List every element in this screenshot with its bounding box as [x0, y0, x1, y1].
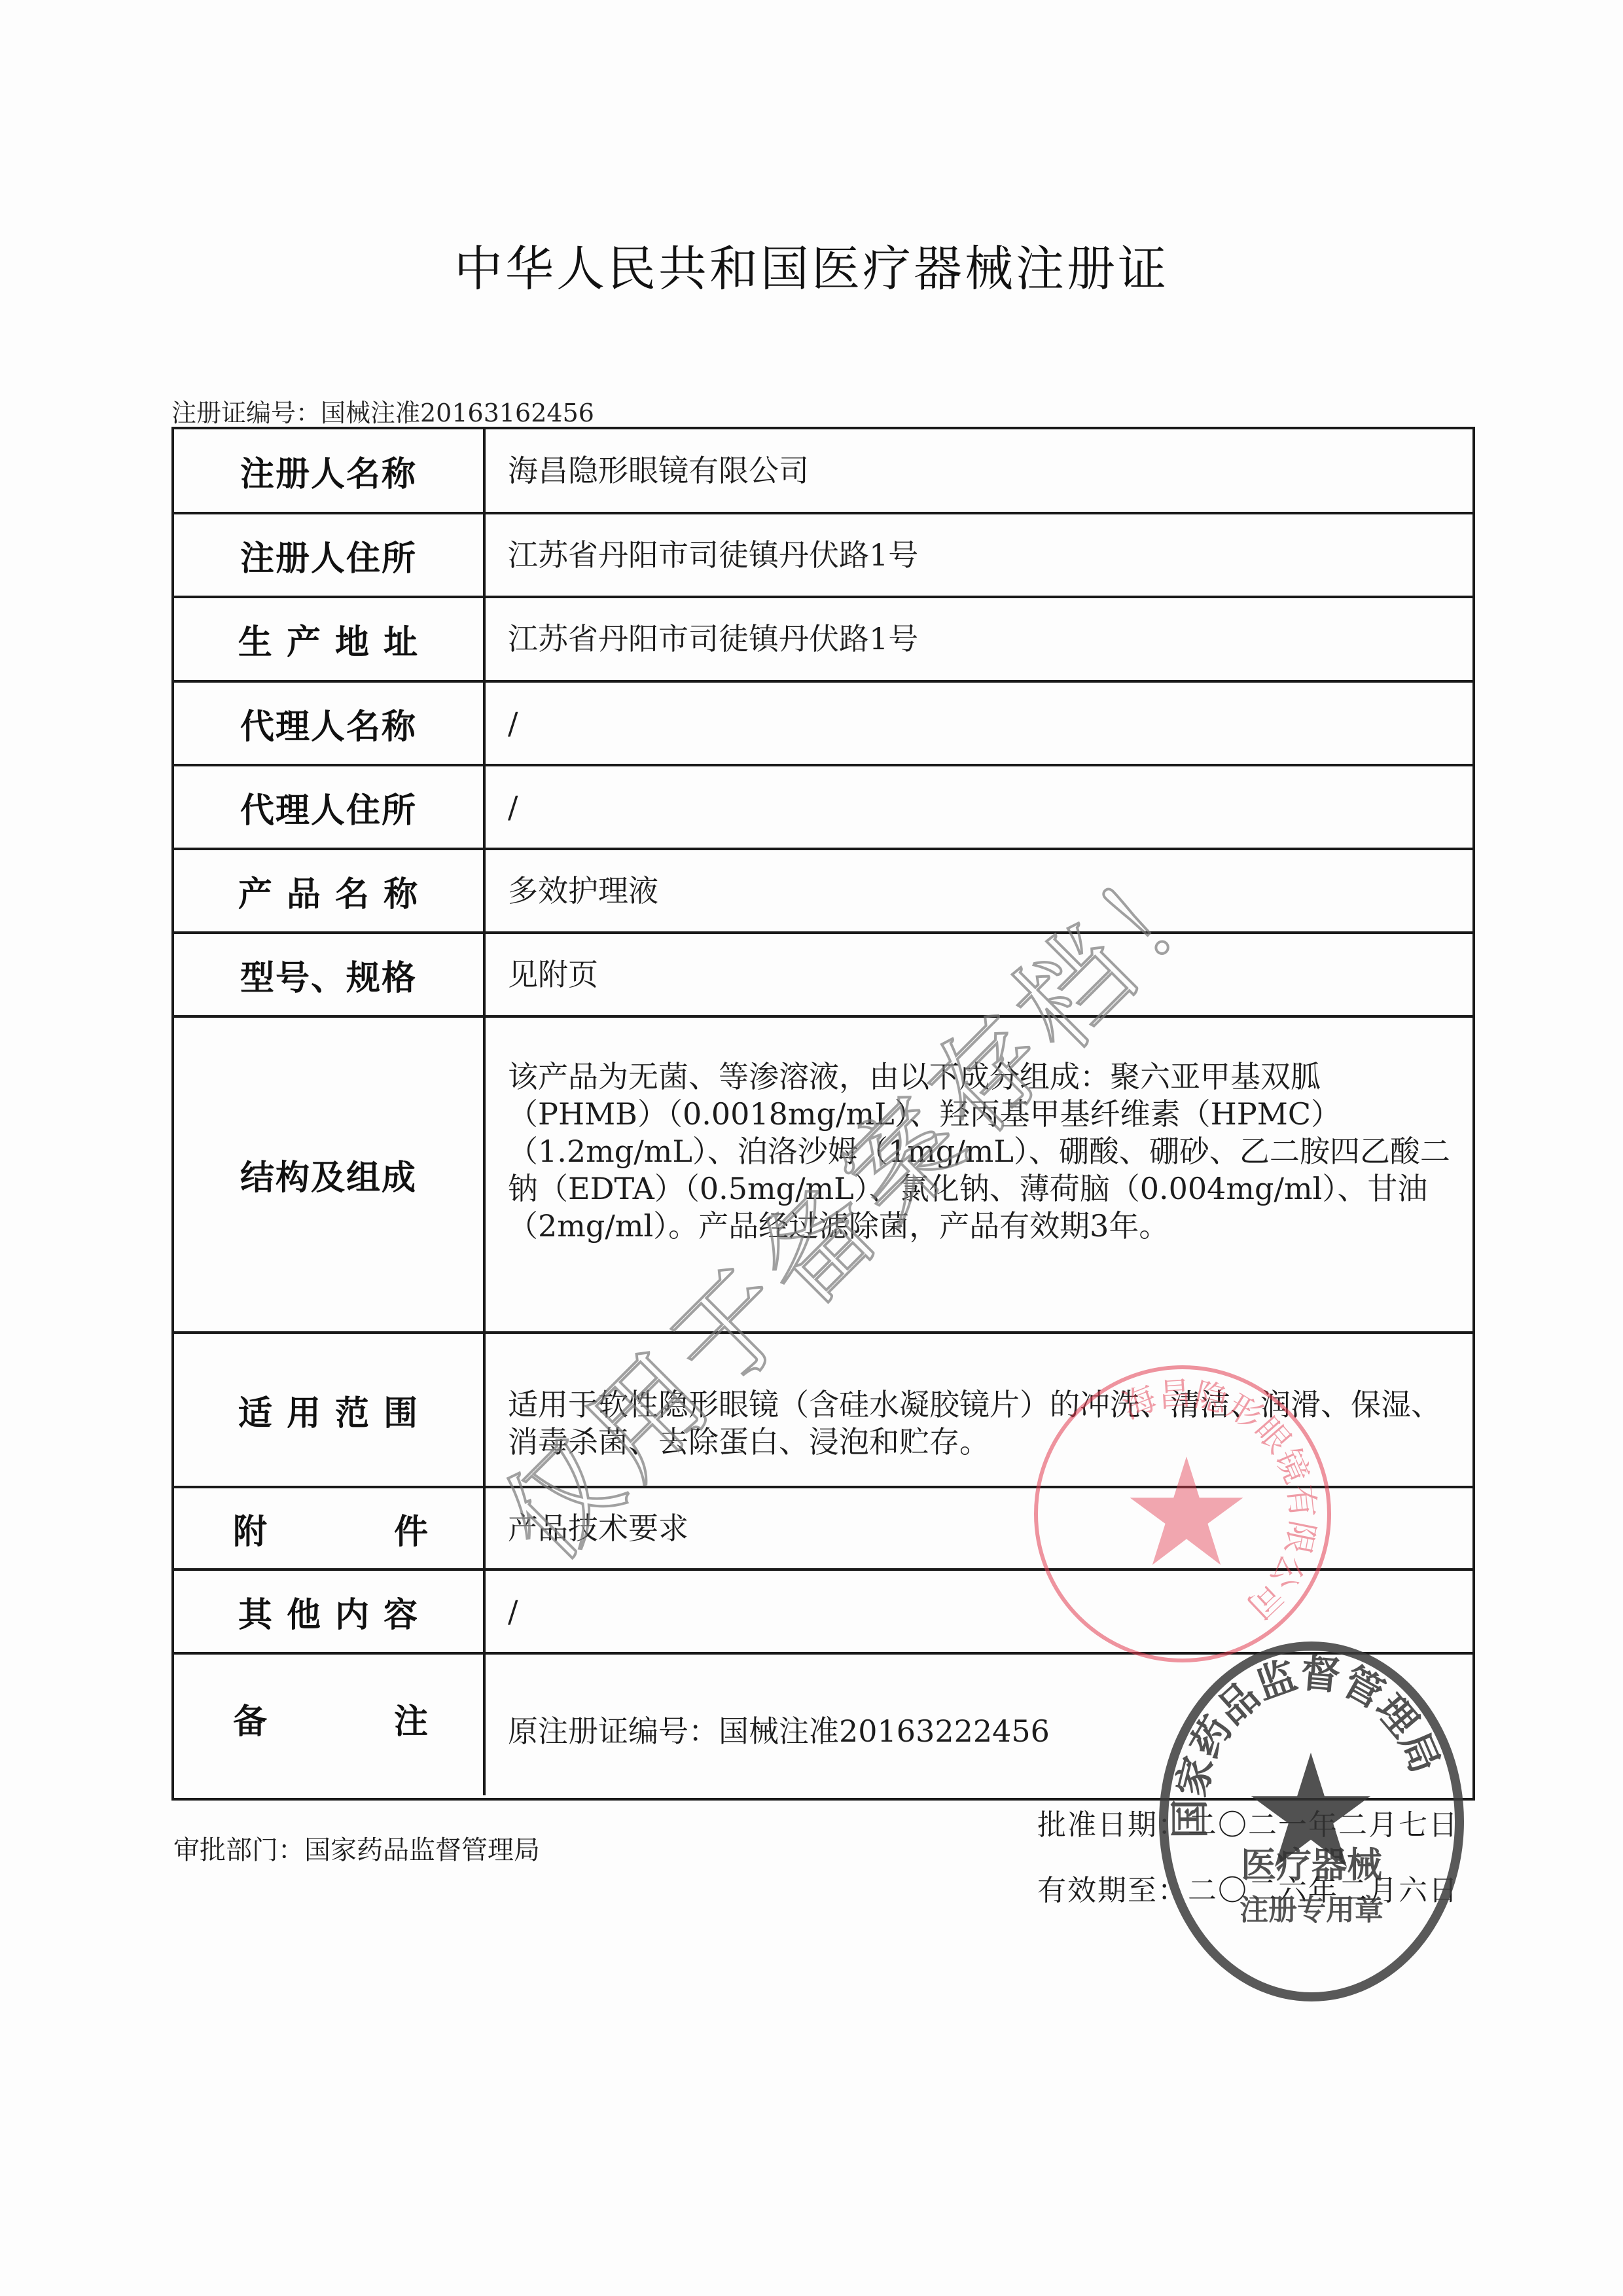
table-row-product-name: 产 品 名 称 多效护理液: [174, 848, 1472, 931]
row-value: 多效护理液: [508, 850, 1453, 931]
label-left: 备: [233, 1694, 268, 1743]
row-label: 注册人住所: [174, 514, 486, 596]
table-row-production-address: 生 产 地 址 江苏省丹阳市司徒镇丹伏路1号: [174, 596, 1472, 680]
label-right: 注: [394, 1694, 429, 1743]
authority-seal-line1: 医疗器械: [1168, 1837, 1455, 1888]
row-value: 江苏省丹阳市司徒镇丹伏路1号: [508, 514, 1453, 596]
table-row-agent-address: 代理人住所 /: [174, 764, 1472, 848]
row-label: 注册人名称: [174, 429, 486, 512]
row-value: /: [508, 766, 1453, 848]
authority-seal: 国家药品监督管理局 医疗器械 注册专用章: [1159, 1641, 1464, 2001]
authority-seal-line2: 注册专用章: [1168, 1886, 1455, 1928]
registration-number: 注册证编号：国械注准20163162456: [171, 393, 594, 429]
table-row-registrant-name: 注册人名称 海昌隐形眼镜有限公司: [174, 429, 1472, 512]
row-label: 结构及组成: [174, 1018, 486, 1331]
row-label: 其 他 内 容: [174, 1571, 486, 1652]
company-seal: 海昌隐形眼镜有限公司: [1034, 1365, 1331, 1662]
row-label: 型号、规格: [174, 934, 486, 1015]
label-right: 件: [394, 1504, 429, 1553]
table-row-agent-name: 代理人名称 /: [174, 680, 1472, 764]
row-value: 海昌隐形眼镜有限公司: [508, 429, 1453, 512]
document-title: 中华人民共和国医疗器械注册证: [0, 230, 1623, 300]
row-label: 生 产 地 址: [174, 598, 486, 680]
approving-department: 审批部门：国家药品监督管理局: [173, 1829, 540, 1867]
row-label: 产 品 名 称: [174, 850, 486, 931]
star-icon: [1128, 1453, 1245, 1571]
label-left: 附: [233, 1504, 268, 1553]
row-value: 江苏省丹阳市司徒镇丹伏路1号: [508, 598, 1453, 680]
row-label: 代理人住所: [174, 766, 486, 848]
row-value: /: [508, 683, 1453, 764]
table-row-registrant-address: 注册人住所 江苏省丹阳市司徒镇丹伏路1号: [174, 512, 1472, 596]
row-label: 代理人名称: [174, 683, 486, 764]
certificate-page: 中华人民共和国医疗器械注册证 注册证编号：国械注准20163162456 注册人…: [0, 0, 1623, 2296]
table-row-model-spec: 型号、规格 见附页: [174, 931, 1472, 1015]
row-label: 适 用 范 围: [174, 1334, 486, 1486]
row-label: 附 件: [174, 1488, 486, 1568]
row-label: 备 注: [174, 1655, 486, 1795]
